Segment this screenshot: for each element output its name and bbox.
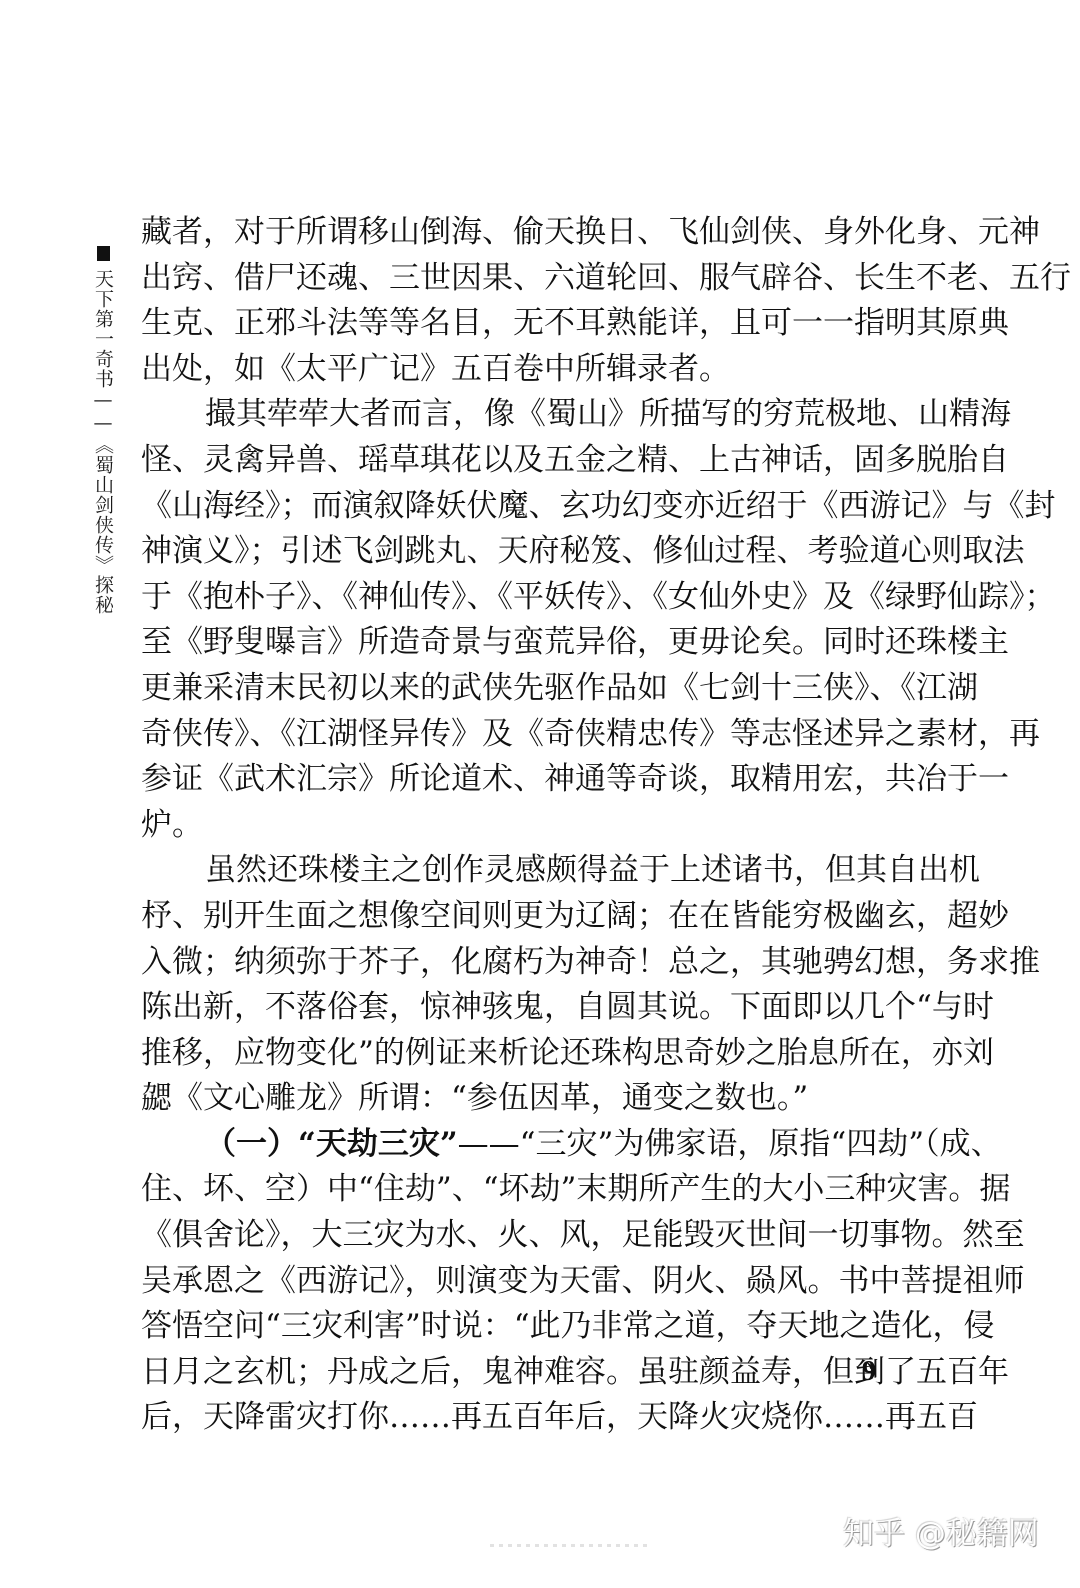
- text-line: 答悟空问“三灾利害”时说：“此乃非常之道，夺天地之造化，侵: [141, 1304, 907, 1350]
- text-line: 炉。: [141, 803, 907, 849]
- text-line: 勰《文心雕龙》所谓：“参伍因革，通变之数也。”: [141, 1076, 907, 1122]
- running-header-text: 天下第一奇书——《蜀山剑侠传》探秘: [92, 269, 114, 615]
- text-line: 后，天降雷灾打你……再五百年后，天降火灾烧你……再五百: [141, 1395, 907, 1441]
- text-line: 出窍、借尸还魂、三世因果、六道轮回、服气辟谷、长生不老、五行: [141, 256, 907, 302]
- text-line: 于《抱朴子》、《神仙传》、《平妖传》、《女仙外史》及《绿野仙踪》；: [141, 575, 907, 621]
- text-line: 杼、别开生面之想像空间则更为辽阔；在在皆能穷极幽玄，超妙: [141, 894, 907, 940]
- text-line: 《山海经》；而演叙降妖伏魔、玄功幻变亦近绍于《西游记》与《封: [141, 484, 907, 530]
- scan-artifact: [490, 1544, 650, 1547]
- text-line: （一）“天劫三灾”——“三灾”为佛家语，原指“四劫”（成、: [141, 1122, 907, 1168]
- text-line: 推移，应物变化”的例证来析论还珠构思奇妙之胎息所在，亦刘: [141, 1031, 907, 1077]
- text-line: 住、坏、空）中“住劫”、“坏劫”末期所产生的大小三种灾害。据: [141, 1167, 907, 1213]
- header-marker-block: [97, 246, 110, 261]
- text-line: 藏者，对于所谓移山倒海、偷天换日、飞仙剑侠、身外化身、元神: [141, 210, 907, 256]
- section-heading: （一）“天劫三灾”: [205, 1126, 458, 1162]
- section-heading-continuation: ——“三灾”为佛家语，原指“四劫”（成、: [458, 1126, 1002, 1162]
- text-line: 陈出新，不落俗套，惊神骇鬼，自圆其说。下面即以几个“与时: [141, 985, 907, 1031]
- text-line: 入微；纳须弥于芥子，化腐朽为神奇！总之，其驰骋幻想，务求推: [141, 940, 907, 986]
- text-line: 参证《武术汇宗》所论道术、神通等奇谈，取精用宏，共冶于一: [141, 757, 907, 803]
- text-line: 撮其荦荦大者而言，像《蜀山》所描写的穷荒极地、山精海: [141, 392, 907, 438]
- page-number: 9: [862, 1356, 876, 1388]
- text-line: 更兼采清末民初以来的武侠先驱作品如《七剑十三侠》、《江湖: [141, 666, 907, 712]
- running-header: 天下第一奇书——《蜀山剑侠传》探秘: [91, 246, 115, 615]
- text-line: 出处，如《太平广记》五百卷中所辑录者。: [141, 347, 907, 393]
- text-line: 奇侠传》、《江湖怪异传》及《奇侠精忠传》等志怪述异之素材，再: [141, 712, 907, 758]
- text-line: 虽然还珠楼主之创作灵感颇得益于上述诸书，但其自出机: [141, 848, 907, 894]
- text-line: 神演义》；引述飞剑跳丸、天府秘笈、修仙过程、考验道心则取法: [141, 529, 907, 575]
- page-body: 藏者，对于所谓移山倒海、偷天换日、飞仙剑侠、身外化身、元神 出窍、借尸还魂、三世…: [141, 210, 907, 1441]
- text-line: 怪、灵禽异兽、瑶草琪花以及五金之精、上古神话，固多脱胎自: [141, 438, 907, 484]
- text-line: 至《野叟曝言》所造奇景与蛮荒异俗，更毋论矣。同时还珠楼主: [141, 620, 907, 666]
- text-line: 日月之玄机；丹成之后，鬼神难容。虽驻颜益寿，但到了五百年: [141, 1350, 907, 1396]
- text-line: 《俱舍论》，大三灾为水、火、风，足能毁灭世间一切事物。然至: [141, 1213, 907, 1259]
- text-line: 生克、正邪斗法等等名目，无不耳熟能详，且可一一指明其原典: [141, 301, 907, 347]
- watermark: 知乎 @秘籍网: [843, 1508, 1039, 1553]
- text-line: 吴承恩之《西游记》，则演变为天雷、阴火、赑风。书中菩提祖师: [141, 1259, 907, 1305]
